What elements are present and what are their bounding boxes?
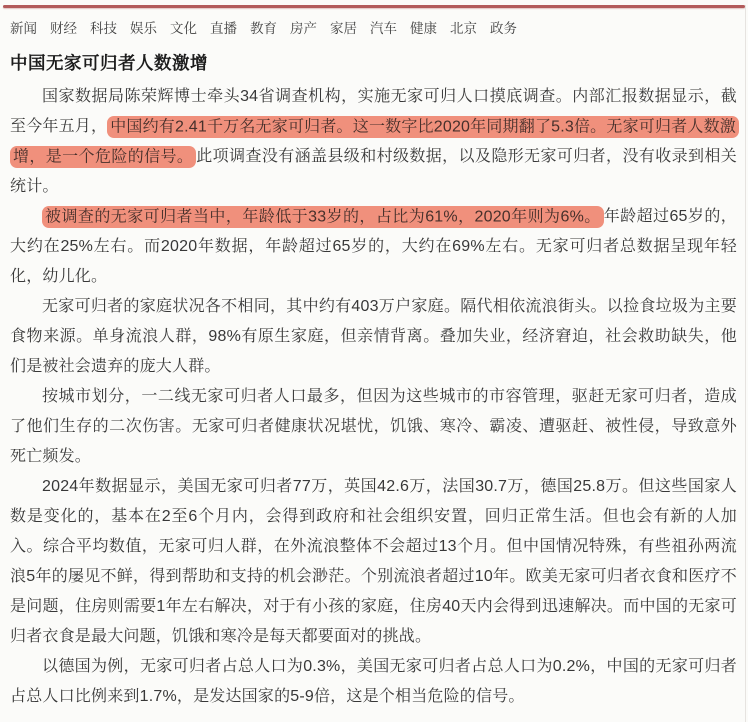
nav-item-7[interactable]: 教育 xyxy=(250,17,277,37)
page-edge-divider xyxy=(745,5,746,722)
nav-item-13[interactable]: 政务 xyxy=(490,17,517,37)
article-paragraph-4: 按城市划分，一二线无家可归者人口最多，但因为这些城市的市容管理，驱赶无家可归者，… xyxy=(10,382,737,472)
highlighted-text-segment: 被调查的无家可归者当中，年龄低于33岁的，占比为61%，2020年则为6%。 xyxy=(42,206,604,228)
news-article-page: 新闻财经科技娱乐文化直播教育房产家居汽车健康北京政务 中国无家可归者人数激增 国… xyxy=(0,5,748,722)
nav-item-4[interactable]: 娱乐 xyxy=(130,17,157,37)
article-paragraph-3: 无家可归者的家庭状况各不相同，其中约有403万户家庭。隔代相依流浪街头。以捡食垃… xyxy=(10,292,737,382)
nav-item-5[interactable]: 文化 xyxy=(170,17,197,37)
nav-item-9[interactable]: 家居 xyxy=(330,17,357,37)
text-segment: 按城市划分，一二线无家可归者人口最多，但因为这些城市的市容管理，驱赶无家可归者，… xyxy=(10,388,737,465)
article-paragraph-5: 2024年数据显示，美国无家可归者77万，英国42.6万，法国30.7万，德国2… xyxy=(10,472,737,652)
text-segment: 以德国为例，无家可归者占总人口为0.3%，美国无家可归者占总人口为0.2%，中国… xyxy=(10,658,737,705)
text-segment: 无家可归者的家庭状况各不相同，其中约有403万户家庭。隔代相依流浪街头。以捡食垃… xyxy=(10,298,737,375)
nav-item-8[interactable]: 房产 xyxy=(290,17,317,37)
nav-item-3[interactable]: 科技 xyxy=(90,17,117,37)
top-nav: 新闻财经科技娱乐文化直播教育房产家居汽车健康北京政务 xyxy=(10,17,748,37)
article-body: 国家数据局陈荣辉博士牵头34省调查机构，实施无家可归人口摸底调查。内部汇报数据显… xyxy=(10,82,737,712)
article-paragraph-1: 国家数据局陈荣辉博士牵头34省调查机构，实施无家可归人口摸底调查。内部汇报数据显… xyxy=(10,82,737,202)
nav-item-11[interactable]: 健康 xyxy=(410,17,437,37)
nav-item-2[interactable]: 财经 xyxy=(50,17,77,37)
nav-item-6[interactable]: 直播 xyxy=(210,17,237,37)
top-accent-line xyxy=(3,5,745,8)
article-paragraph-6: 以德国为例，无家可归者占总人口为0.3%，美国无家可归者占总人口为0.2%，中国… xyxy=(10,652,737,712)
text-segment: 2024年数据显示，美国无家可归者77万，英国42.6万，法国30.7万，德国2… xyxy=(10,478,737,645)
article-title: 中国无家可归者人数激增 xyxy=(10,50,748,75)
article-paragraph-2: 被调查的无家可归者当中，年龄低于33岁的，占比为61%，2020年则为6%。年龄… xyxy=(10,202,737,292)
nav-item-1[interactable]: 新闻 xyxy=(10,17,37,37)
nav-item-10[interactable]: 汽车 xyxy=(370,17,397,37)
nav-item-12[interactable]: 北京 xyxy=(450,17,477,37)
